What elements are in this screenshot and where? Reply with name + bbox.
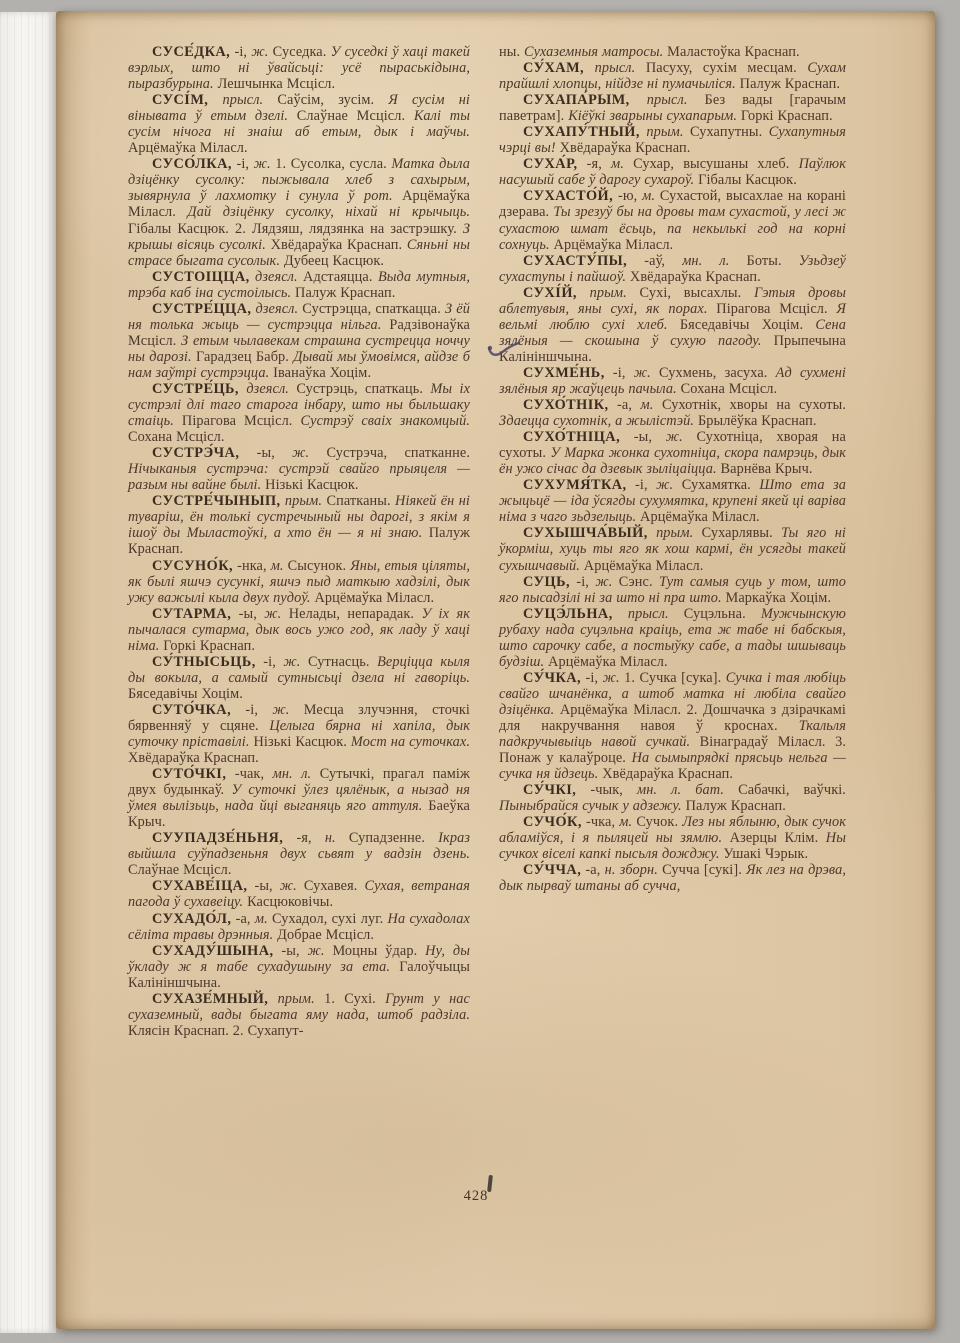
entry-text: Слаўнае Мсцісл.	[288, 108, 414, 124]
entry-text: -ы,	[247, 878, 279, 894]
entry-text: Касцюковічы.	[243, 894, 333, 910]
entry-example: ж.	[656, 477, 673, 493]
entry-example: Пыныбрайся сучык у адзежу.	[499, 798, 682, 814]
entry-text: -ы,	[239, 445, 292, 461]
entry-text: Моцны ўдар.	[325, 943, 426, 959]
entry-text: Арцёмаўка Міласл.	[636, 509, 760, 525]
entry-text: Сухапутны.	[684, 124, 769, 140]
entry-example: прым.	[590, 285, 627, 301]
entry-headword: СУСТРЕ́ЦЬ,	[152, 381, 239, 397]
entry-text: -чык,	[576, 782, 637, 798]
entry-example: дзеясл.	[255, 269, 298, 285]
dictionary-entry: СУХАСТО́Й, -ю, м. Сухастой, высахлае на …	[499, 188, 846, 252]
entry-text: -і,	[570, 574, 595, 590]
entry-text: Арцёмаўка Міласл.	[544, 654, 668, 670]
entry-text: Маластоўка Краснап.	[663, 44, 799, 60]
dictionary-entry: СУУПАДЗЕ́НЬНЯ, -я, н. Супадзенне. Ікраз …	[128, 830, 470, 878]
entry-example: м.	[255, 911, 268, 927]
entry-text: Гібалы Касцюк. 2. Лядзяш, лядзянка на за…	[128, 221, 463, 237]
dictionary-entry: СУХАСТУ́ПЫ, -аў, мн. л. Боты. Узьдзеў су…	[499, 253, 846, 285]
entry-example: прым.	[646, 124, 683, 140]
entry-headword: СУЦЬ,	[523, 574, 570, 590]
entry-example: ж.	[666, 429, 683, 445]
entry-text: -і,	[605, 365, 634, 381]
entry-text: -ы,	[231, 606, 264, 622]
entry-text: -я,	[578, 156, 612, 172]
entry-example: ж.	[603, 670, 620, 686]
entry-text: Варнёва Крыч.	[717, 461, 813, 477]
entry-text: Сутнасць.	[300, 654, 377, 670]
dictionary-entry: СУСО́ЛКА, -і, ж. 1. Сусолка, сусла. Матк…	[128, 156, 470, 268]
dictionary-entry: СУСТРЕ́ЦЦА, дзеясл. Сустрэцца, спаткацца…	[128, 301, 470, 381]
entry-example: ж.	[283, 654, 300, 670]
entry-text: Горкі Краснап.	[159, 638, 255, 654]
scanned-book-page: { "page": { "number": "428", "colors": {…	[0, 0, 960, 1343]
entry-headword: СУСЕ́ДКА,	[152, 44, 230, 60]
entry-example: Мост на суточках.	[351, 734, 470, 750]
entry-example: прысл.	[647, 92, 688, 108]
entry-text: Добрае Мсцісл.	[273, 927, 374, 943]
dictionary-entry: СУ́ХАМ, прысл. Пасуху, сухім месцам. Сух…	[499, 60, 846, 92]
page-number: 428	[464, 1188, 489, 1204]
entry-headword: СУ́ХАМ,	[523, 60, 584, 76]
entry-headword: СУХАПА́РЫМ,	[523, 92, 630, 108]
dictionary-entry: СУХО́ТНІК, -а, м. Сухотнік, хворы на сух…	[499, 397, 846, 429]
entry-headword: СУХО́ТНІЦА,	[523, 429, 620, 445]
dictionary-entry: СУЦЬ, -і, ж. Сэнс. Тут самыя суць у том,…	[499, 574, 846, 606]
entry-text: Нізькі Касцюк.	[250, 734, 351, 750]
dictionary-entry: ны. Сухаземныя матросы. Маластоўка Красн…	[499, 44, 846, 60]
dictionary-entry: СУСТРЕ́ЦЬ, дзеясл. Сустрэць, спаткаць. М…	[128, 381, 470, 445]
entry-text: Сухі, высахлы.	[627, 285, 754, 301]
dictionary-entry: СУ́ТНЫСЬЦЬ, -і, ж. Сутнасць. Верціцца кы…	[128, 654, 470, 702]
entry-text: Пірагова Мсцісл.	[174, 413, 301, 429]
dictionary-entry: СУТАРМА, -ы, ж. Нелады, непарадак. У іх …	[128, 606, 470, 654]
entry-headword: СУ́ЧЧА,	[523, 862, 581, 878]
entry-text: ны.	[499, 44, 524, 60]
left-column: СУСЕ́ДКА, -і, ж. Суседка. У суседкі ў ха…	[128, 44, 470, 1039]
entry-text: -нка,	[233, 558, 271, 574]
entry-example: м.	[611, 156, 624, 172]
entry-headword: СУХАДУ́ШЫНА,	[152, 943, 274, 959]
entry-headword: СУУПАДЗЕ́НЬНЯ,	[152, 830, 283, 846]
right-column: ны. Сухаземныя матросы. Маластоўка Красн…	[499, 44, 846, 1039]
entry-example: дзеясл.	[256, 301, 299, 317]
entry-headword: СУСУНО́К,	[152, 558, 233, 574]
entry-headword: СУХАВЕ́ІЦА,	[152, 878, 247, 894]
entry-text: Дубеец Касцюк.	[280, 253, 384, 269]
entry-headword: СУ́ЧКА,	[523, 670, 581, 686]
entry-text: Сохана Мсцісл.	[677, 381, 777, 397]
entry-headword: СУСТРЕ́ЧЫНЫП,	[152, 493, 281, 509]
entry-text: Арцёмаўка Міласл.	[580, 558, 704, 574]
entry-text: Сухамятка.	[673, 477, 759, 493]
entry-text: -а,	[609, 397, 641, 413]
entry-example: прым.	[656, 525, 693, 541]
entry-text: 1. Сучка [сука].	[620, 670, 726, 686]
entry-text: Пірагова Мсцісл.	[708, 301, 837, 317]
dictionary-entry: СУСУНО́К, -нка, м. Сысунок. Яны, етыя ці…	[128, 558, 470, 606]
dictionary-entry: СУХІ́Й, прым. Сухі, высахлы. Гэтыя дровы…	[499, 285, 846, 365]
entry-text: Сабачкі, ваўчкі.	[724, 782, 846, 798]
entry-text: Сустрэць, спаткаць.	[289, 381, 430, 397]
dictionary-text-block: СУСЕ́ДКА, -і, ж. Суседка. У суседкі ў ха…	[128, 44, 846, 1039]
entry-text: Горкі Краснап.	[737, 108, 833, 124]
entry-text	[208, 92, 222, 108]
entry-example: м.	[619, 814, 632, 830]
entry-text: Сучок.	[632, 814, 682, 830]
entry-example: ж.	[264, 606, 281, 622]
entry-text: Палуж Краснап.	[682, 798, 786, 814]
entry-text: Арцёмаўка Міласл.	[550, 237, 674, 253]
book-page: СУСЕ́ДКА, -і, ж. Суседка. У суседкі ў ха…	[56, 11, 935, 1329]
dictionary-entry: СУСЕ́ДКА, -і, ж. Суседка. У суседкі ў ха…	[128, 44, 470, 92]
entry-headword: СУХАПУ́ТНЫЙ,	[523, 124, 640, 140]
entry-text: Саўсім, зусім.	[263, 92, 388, 108]
dictionary-entry: СУЧО́К, -чка, м. Сучок. Лез ны яблыню, д…	[499, 814, 846, 862]
entry-text: Супадзенне.	[336, 830, 438, 846]
entry-headword: СУХАДО́Л,	[152, 911, 231, 927]
entry-example: Здаецца сухотнік, а жылістэй.	[499, 413, 694, 429]
entry-text: Сохана Мсцісл.	[128, 429, 225, 445]
entry-headword: СУТО́ЧКА,	[152, 702, 231, 718]
entry-text	[577, 285, 590, 301]
entry-example: мн. л. бат.	[637, 782, 724, 798]
entry-headword: СУХА́Р,	[523, 156, 578, 172]
entry-example: ж.	[254, 156, 271, 172]
page-footer: 428	[86, 1187, 866, 1205]
entry-text: Хвёдараўка Краснап.	[598, 766, 733, 782]
entry-headword: СУХАСТО́Й,	[523, 188, 613, 204]
entry-example: прым.	[285, 493, 322, 509]
entry-headword: СУСТРЭ́ЧА,	[152, 445, 239, 461]
entry-headword: СУ́ТНЫСЬЦЬ,	[152, 654, 256, 670]
entry-text	[584, 60, 595, 76]
entry-text: Сустрэцца, спаткацца.	[298, 301, 445, 317]
entry-text: Сухавея.	[297, 878, 365, 894]
dictionary-entry: СУСІ́М, прысл. Саўсім, зусім. Я сусім ні…	[128, 92, 470, 156]
entry-text: 1. Сусолка, сусла.	[271, 156, 392, 172]
dictionary-entry: СУХАЗЕ́МНЫЙ, прым. 1. Сухі. Грунт у нас …	[128, 991, 470, 1039]
entry-text: Бяседавічы Хоцім.	[128, 686, 243, 702]
entry-example: ж.	[280, 878, 297, 894]
entry-text: Адстаяцца.	[298, 269, 378, 285]
entry-example: Сустрэў сваіх знакомцый.	[300, 413, 470, 429]
entry-example: прысл.	[595, 60, 636, 76]
entry-example: мн. л.	[273, 766, 312, 782]
entry-headword: СУХО́ТНІК,	[523, 397, 609, 413]
entry-example: ж.	[308, 943, 325, 959]
entry-text: Іванаўка Хоцім.	[269, 365, 371, 381]
entry-text: -і,	[232, 156, 254, 172]
entry-example: прысл.	[628, 606, 669, 622]
entry-text	[268, 991, 277, 1007]
entry-text: Хвёдараўка Краснап.	[266, 237, 407, 253]
dictionary-entry: СУХАВЕ́ІЦА, -ы, ж. Сухавея. Сухая, ветра…	[128, 878, 470, 910]
entry-example: ж.	[292, 445, 309, 461]
entry-example: м.	[642, 188, 655, 204]
entry-example: мн. л.	[682, 253, 729, 269]
entry-text: Суседка.	[268, 44, 330, 60]
entry-text: Палуж Краснап.	[736, 76, 840, 92]
entry-text: Брылёўка Краснап.	[694, 413, 816, 429]
entry-text: Сучча [сукі].	[658, 862, 746, 878]
entry-text: -ю,	[613, 188, 642, 204]
entry-example: Сухаземныя матросы.	[524, 44, 663, 60]
entry-text: Сухарлявы.	[693, 525, 781, 541]
entry-text: Боты.	[729, 253, 798, 269]
entry-headword: СУСІ́М,	[152, 92, 208, 108]
entry-headword: СУТО́ЧКІ,	[152, 766, 226, 782]
entry-text: Арцёмаўка Міласл.	[128, 140, 248, 156]
entry-text: Сысунок.	[284, 558, 351, 574]
entry-text: Спатканы.	[322, 493, 395, 509]
entry-text: Азерцы Клім.	[722, 830, 826, 846]
dictionary-entry: СУХАПА́РЫМ, прысл. Без вады [гарачым пав…	[499, 92, 846, 124]
dictionary-entry: СУХАДО́Л, -а, м. Сухадол, сухі луг. На с…	[128, 911, 470, 943]
entry-text: -і,	[627, 477, 657, 493]
entry-text: Слаўнае Мсцісл.	[128, 862, 232, 878]
entry-headword: СУХІ́Й,	[523, 285, 577, 301]
entry-text: Сухадол, сухі луг.	[268, 911, 388, 927]
entry-text: -а,	[231, 911, 255, 927]
entry-text	[648, 525, 656, 541]
dictionary-entry: СУХУМЯ́ТКА, -і, ж. Сухамятка. Што ета за…	[499, 477, 846, 525]
entry-example: ж.	[595, 574, 612, 590]
entry-text: Ушакі Чэрык.	[720, 846, 809, 862]
entry-example: ж.	[272, 702, 289, 718]
entry-text: Маркаўка Хоцім.	[722, 590, 831, 606]
entry-text: Нізькі Касцюк.	[261, 477, 358, 493]
entry-text: Гарадзец Бабр.	[192, 349, 294, 365]
entry-example: м.	[271, 558, 284, 574]
dictionary-entry: СУХА́Р, -я, м. Сухар, высушаны хлеб. Паў…	[499, 156, 846, 188]
entry-headword: СУХАЗЕ́МНЫЙ,	[152, 991, 268, 1007]
entry-text: Палуж Краснап.	[291, 285, 395, 301]
entry-example: Дай дзіцёнку сусолку, ніхай ні крычыць.	[188, 204, 471, 220]
entry-text: Сухар, высушаны хлеб.	[624, 156, 799, 172]
entry-example: прысл.	[222, 92, 263, 108]
dictionary-entry: СУ́ЧЧА, -а, н. зборн. Сучча [сукі]. Як л…	[499, 862, 846, 894]
scan-margin-strip	[0, 12, 56, 1333]
entry-headword: СУХУМЯ́ТКА,	[523, 477, 627, 493]
entry-text: -аў,	[627, 253, 682, 269]
entry-text: Лешчынка Мсцісл.	[214, 76, 335, 92]
entry-text: Хвёдараўка Краснап.	[626, 269, 761, 285]
entry-text: Гібалы Касцюк.	[694, 172, 797, 188]
dictionary-entry: СУТО́ЧКА, -і, ж. Месца злучэння, сточкі …	[128, 702, 470, 766]
entry-example: дзеясл.	[246, 381, 289, 397]
entry-example: прым.	[278, 991, 315, 1007]
entry-text: -я,	[283, 830, 325, 846]
entry-text: Сустрэча, спатканне.	[309, 445, 470, 461]
dictionary-entry: СУСТРЕ́ЧЫНЫП, прым. Спатканы. Ніякей ён …	[128, 493, 470, 557]
entry-text: -чак,	[226, 766, 272, 782]
entry-example: Кіёўкі зварыны сухапарым.	[568, 108, 737, 124]
entry-headword: СУСО́ЛКА,	[152, 156, 232, 172]
entry-headword: СУЧО́К,	[523, 814, 582, 830]
entry-headword: СУСТОІЦЦА,	[152, 269, 250, 285]
dictionary-entry: СУХАПУ́ТНЫЙ, прым. Сухапутны. Сухапутныя…	[499, 124, 846, 156]
entry-text: Бяседавічы Хоцім.	[668, 317, 816, 333]
entry-example: н. зборн.	[605, 862, 658, 878]
entry-example: м.	[641, 397, 654, 413]
entry-text: Пасуху, сухім месцам.	[635, 60, 807, 76]
entry-text	[630, 92, 647, 108]
dictionary-entry: СУХЫШЧА́ВЫЙ, прым. Сухарлявы. Ты яго ні …	[499, 525, 846, 573]
entry-headword: СУ́ЧКІ,	[523, 782, 576, 798]
entry-text: -чка,	[582, 814, 619, 830]
dictionary-entry: СУХО́ТНІЦА, -ы, ж. Сухотніца, хворая на …	[499, 429, 846, 477]
dictionary-entry: СУСТРЭ́ЧА, -ы, ж. Сустрэча, спатканне. Н…	[128, 445, 470, 493]
entry-example: ж.	[251, 44, 268, 60]
entry-text: Суцэльна.	[669, 606, 761, 622]
entry-text: Нелады, непарадак.	[281, 606, 421, 622]
entry-text: -ы,	[620, 429, 666, 445]
dictionary-entry: СУ́ЧКІ, -чык, мн. л. бат. Сабачкі, ваўчк…	[499, 782, 846, 814]
entry-text: -ы,	[274, 943, 308, 959]
entry-headword: СУЦЭ́ЛЬНА,	[523, 606, 613, 622]
entry-headword: СУХМЕ́НЬ,	[523, 365, 605, 381]
entry-text: -і,	[581, 670, 603, 686]
entry-headword: СУСТРЕ́ЦЦА,	[152, 301, 251, 317]
entry-text: -і,	[231, 702, 272, 718]
entry-text: Хвёдараўка Краснап.	[556, 140, 691, 156]
entry-text: Сухотнік, хворы на сухоты.	[653, 397, 846, 413]
pen-ink-mark	[486, 340, 522, 362]
entry-text: 1. Сухі.	[315, 991, 385, 1007]
entry-headword: СУТАРМА,	[152, 606, 231, 622]
dictionary-entry: СУСТОІЦЦА, дзеясл. Адстаяцца. Выда мутны…	[128, 269, 470, 301]
entry-text: Сэнс.	[612, 574, 659, 590]
entry-example: н.	[325, 830, 336, 846]
entry-headword: СУХЫШЧА́ВЫЙ,	[523, 525, 648, 541]
entry-text: Арцёмаўка Міласл.	[311, 590, 435, 606]
entry-text	[613, 606, 628, 622]
entry-text: -а,	[581, 862, 604, 878]
dictionary-entry: СУХАДУ́ШЫНА, -ы, ж. Моцны ўдар. Ну, ды ў…	[128, 943, 470, 991]
dictionary-entry: СУЦЭ́ЛЬНА, прысл. Суцэльна. Мужчынскую р…	[499, 606, 846, 670]
entry-text: -і,	[230, 44, 251, 60]
dictionary-entry: СУХМЕ́НЬ, -і, ж. Сухмень, засуха. Ад сух…	[499, 365, 846, 397]
entry-text: -і,	[256, 654, 284, 670]
entry-text: Клясін Краснап. 2. Сухапут-	[128, 1023, 304, 1039]
entry-text: Хвёдараўка Краснап.	[128, 750, 259, 766]
entry-headword: СУХАСТУ́ПЫ,	[523, 253, 627, 269]
dictionary-entry: СУТО́ЧКІ, -чак, мн. л. Сутычкі, прагал п…	[128, 766, 470, 830]
entry-example: ж.	[634, 365, 651, 381]
entry-text: Сухмень, засуха.	[651, 365, 776, 381]
dictionary-entry: СУ́ЧКА, -і, ж. 1. Сучка [сука]. Сучка і …	[499, 670, 846, 782]
